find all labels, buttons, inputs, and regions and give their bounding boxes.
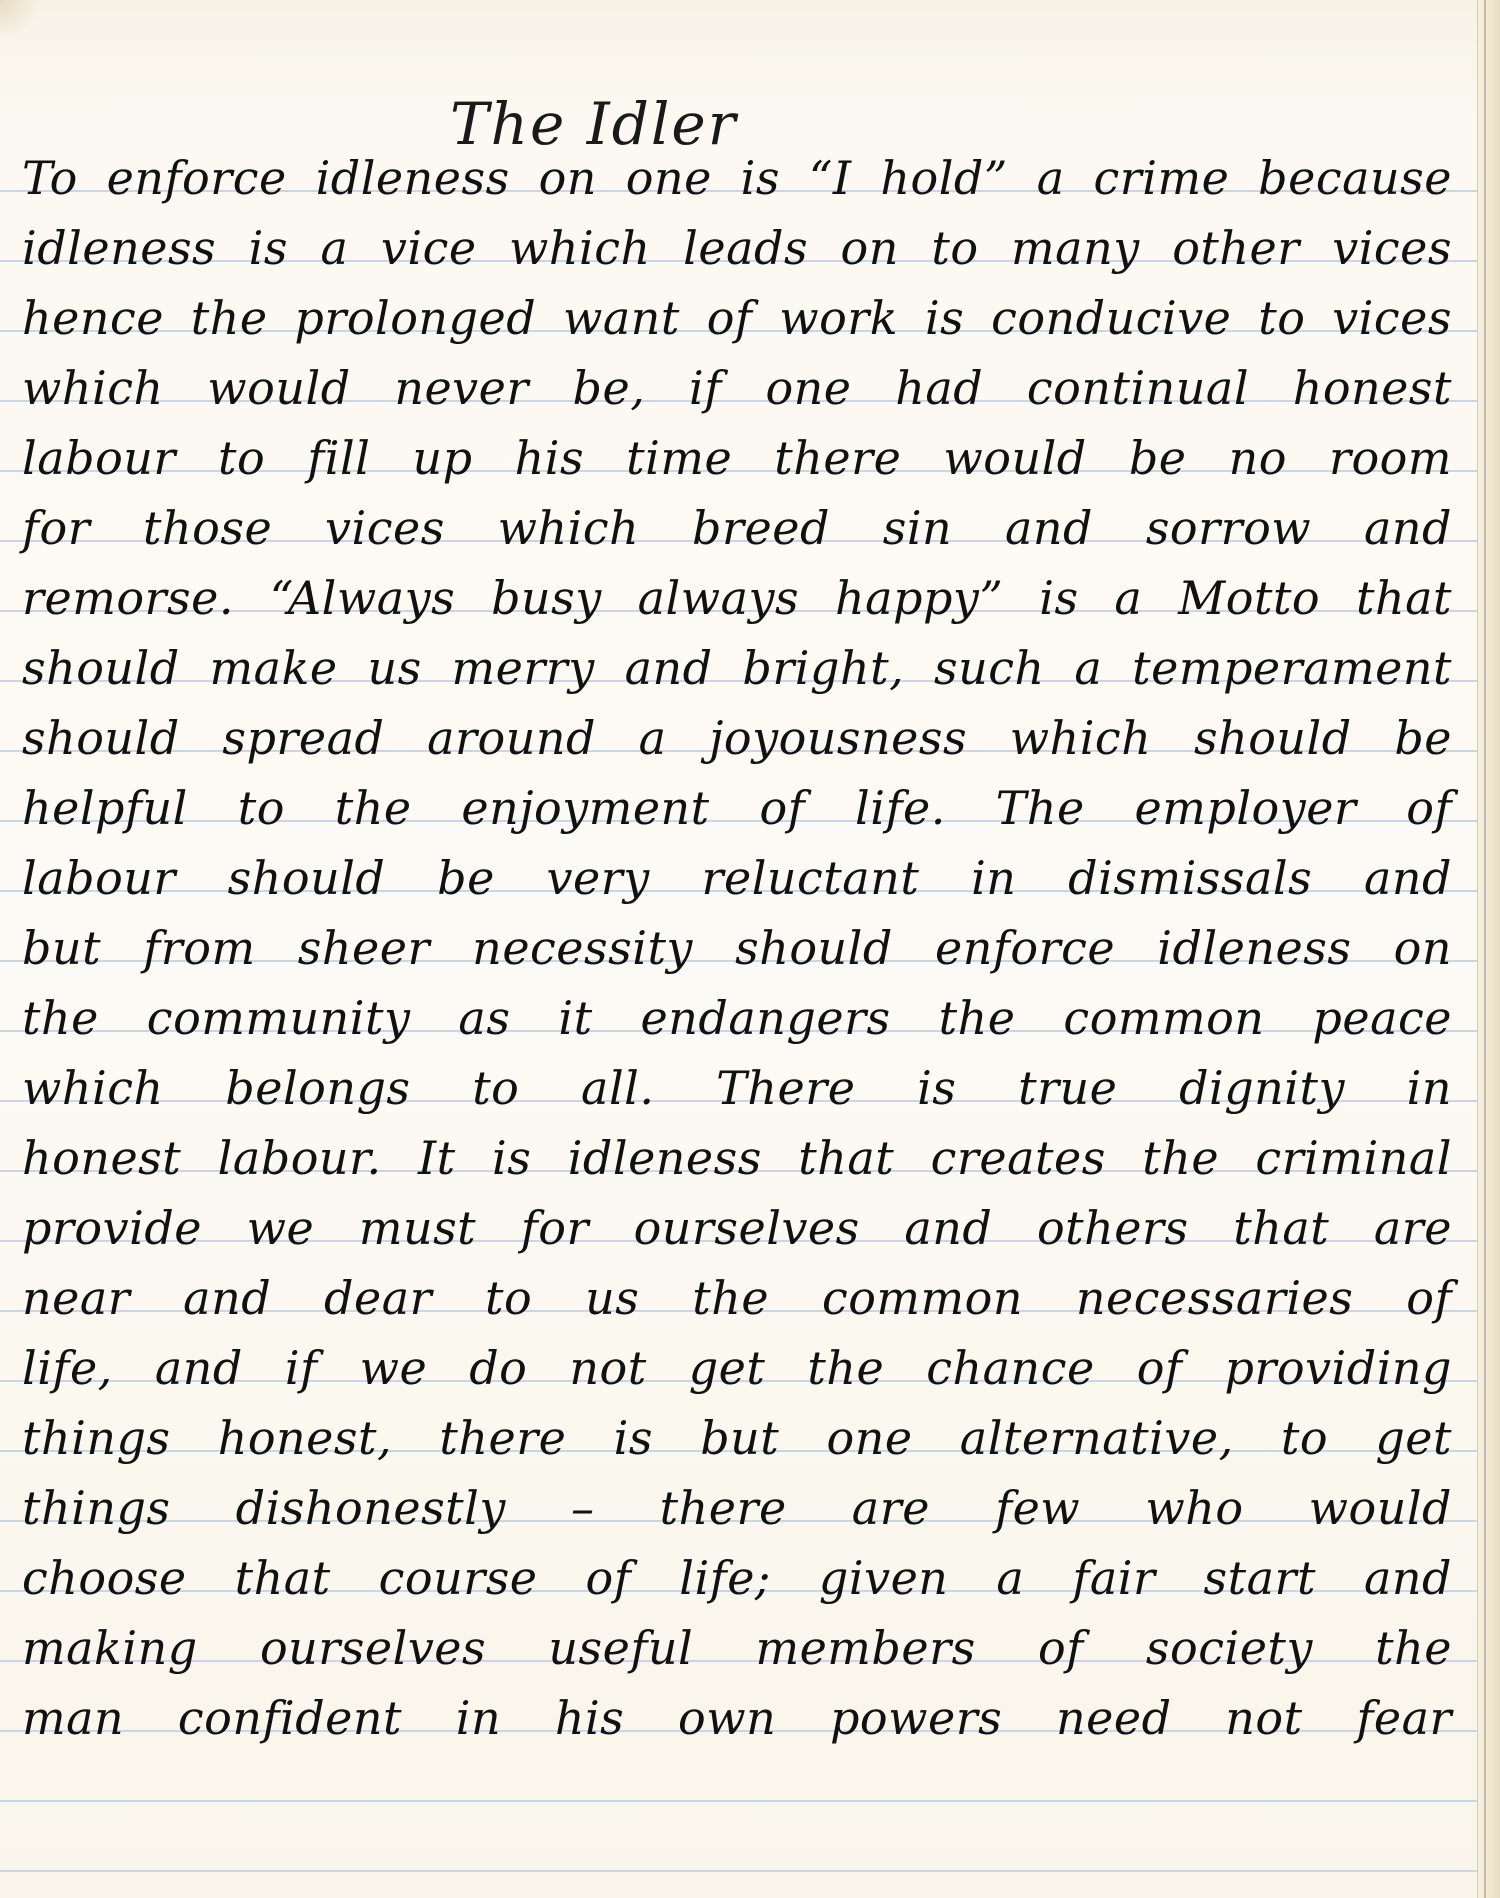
text-line: life, and if we do not get the chance of… [22,1345,1452,1391]
text-line: but from sheer necessity should enforce … [22,925,1452,971]
text-line: for those vices which breed sin and sorr… [22,505,1452,551]
text-line: labour should be very reluctant in dismi… [22,855,1452,901]
text-line: To enforce idleness on one is “I hold” a… [22,155,1452,201]
text-line: hence the prolonged want of work is cond… [22,295,1452,341]
text-line: making ourselves useful members of socie… [22,1625,1452,1671]
text-line: things dishonestly – there are few who w… [22,1485,1452,1531]
text-line: man confident in his own powers need not… [22,1695,1452,1741]
notebook-page: The Idler To enforce idleness on one is … [0,0,1500,1898]
text-line: remorse. “Always busy always happy” is a… [22,575,1452,621]
text-line: should make us merry and bright, such a … [22,645,1452,691]
text-line: the community as it endangers the common… [22,995,1452,1041]
text-line: labour to fill up his time there would b… [22,435,1452,481]
text-line: should spread around a joyousness which … [22,715,1452,761]
page-corner-stain [0,0,40,40]
text-line: which belongs to all. There is true dign… [22,1065,1452,1111]
text-line: helpful to the enjoyment of life. The em… [22,785,1452,831]
text-line: things honest, there is but one alternat… [22,1415,1452,1461]
text-line: which would never be, if one had continu… [22,365,1452,411]
page-title: The Idler [450,90,737,158]
text-line: honest labour. It is idleness that creat… [22,1135,1452,1181]
text-line: choose that course of life; given a fair… [22,1555,1452,1601]
text-line: idleness is a vice which leads on to man… [22,225,1452,271]
notebook-binding-edge [1477,0,1500,1898]
text-line: provide we must for ourselves and others… [22,1205,1452,1251]
text-line: near and dear to us the common necessari… [22,1275,1452,1321]
